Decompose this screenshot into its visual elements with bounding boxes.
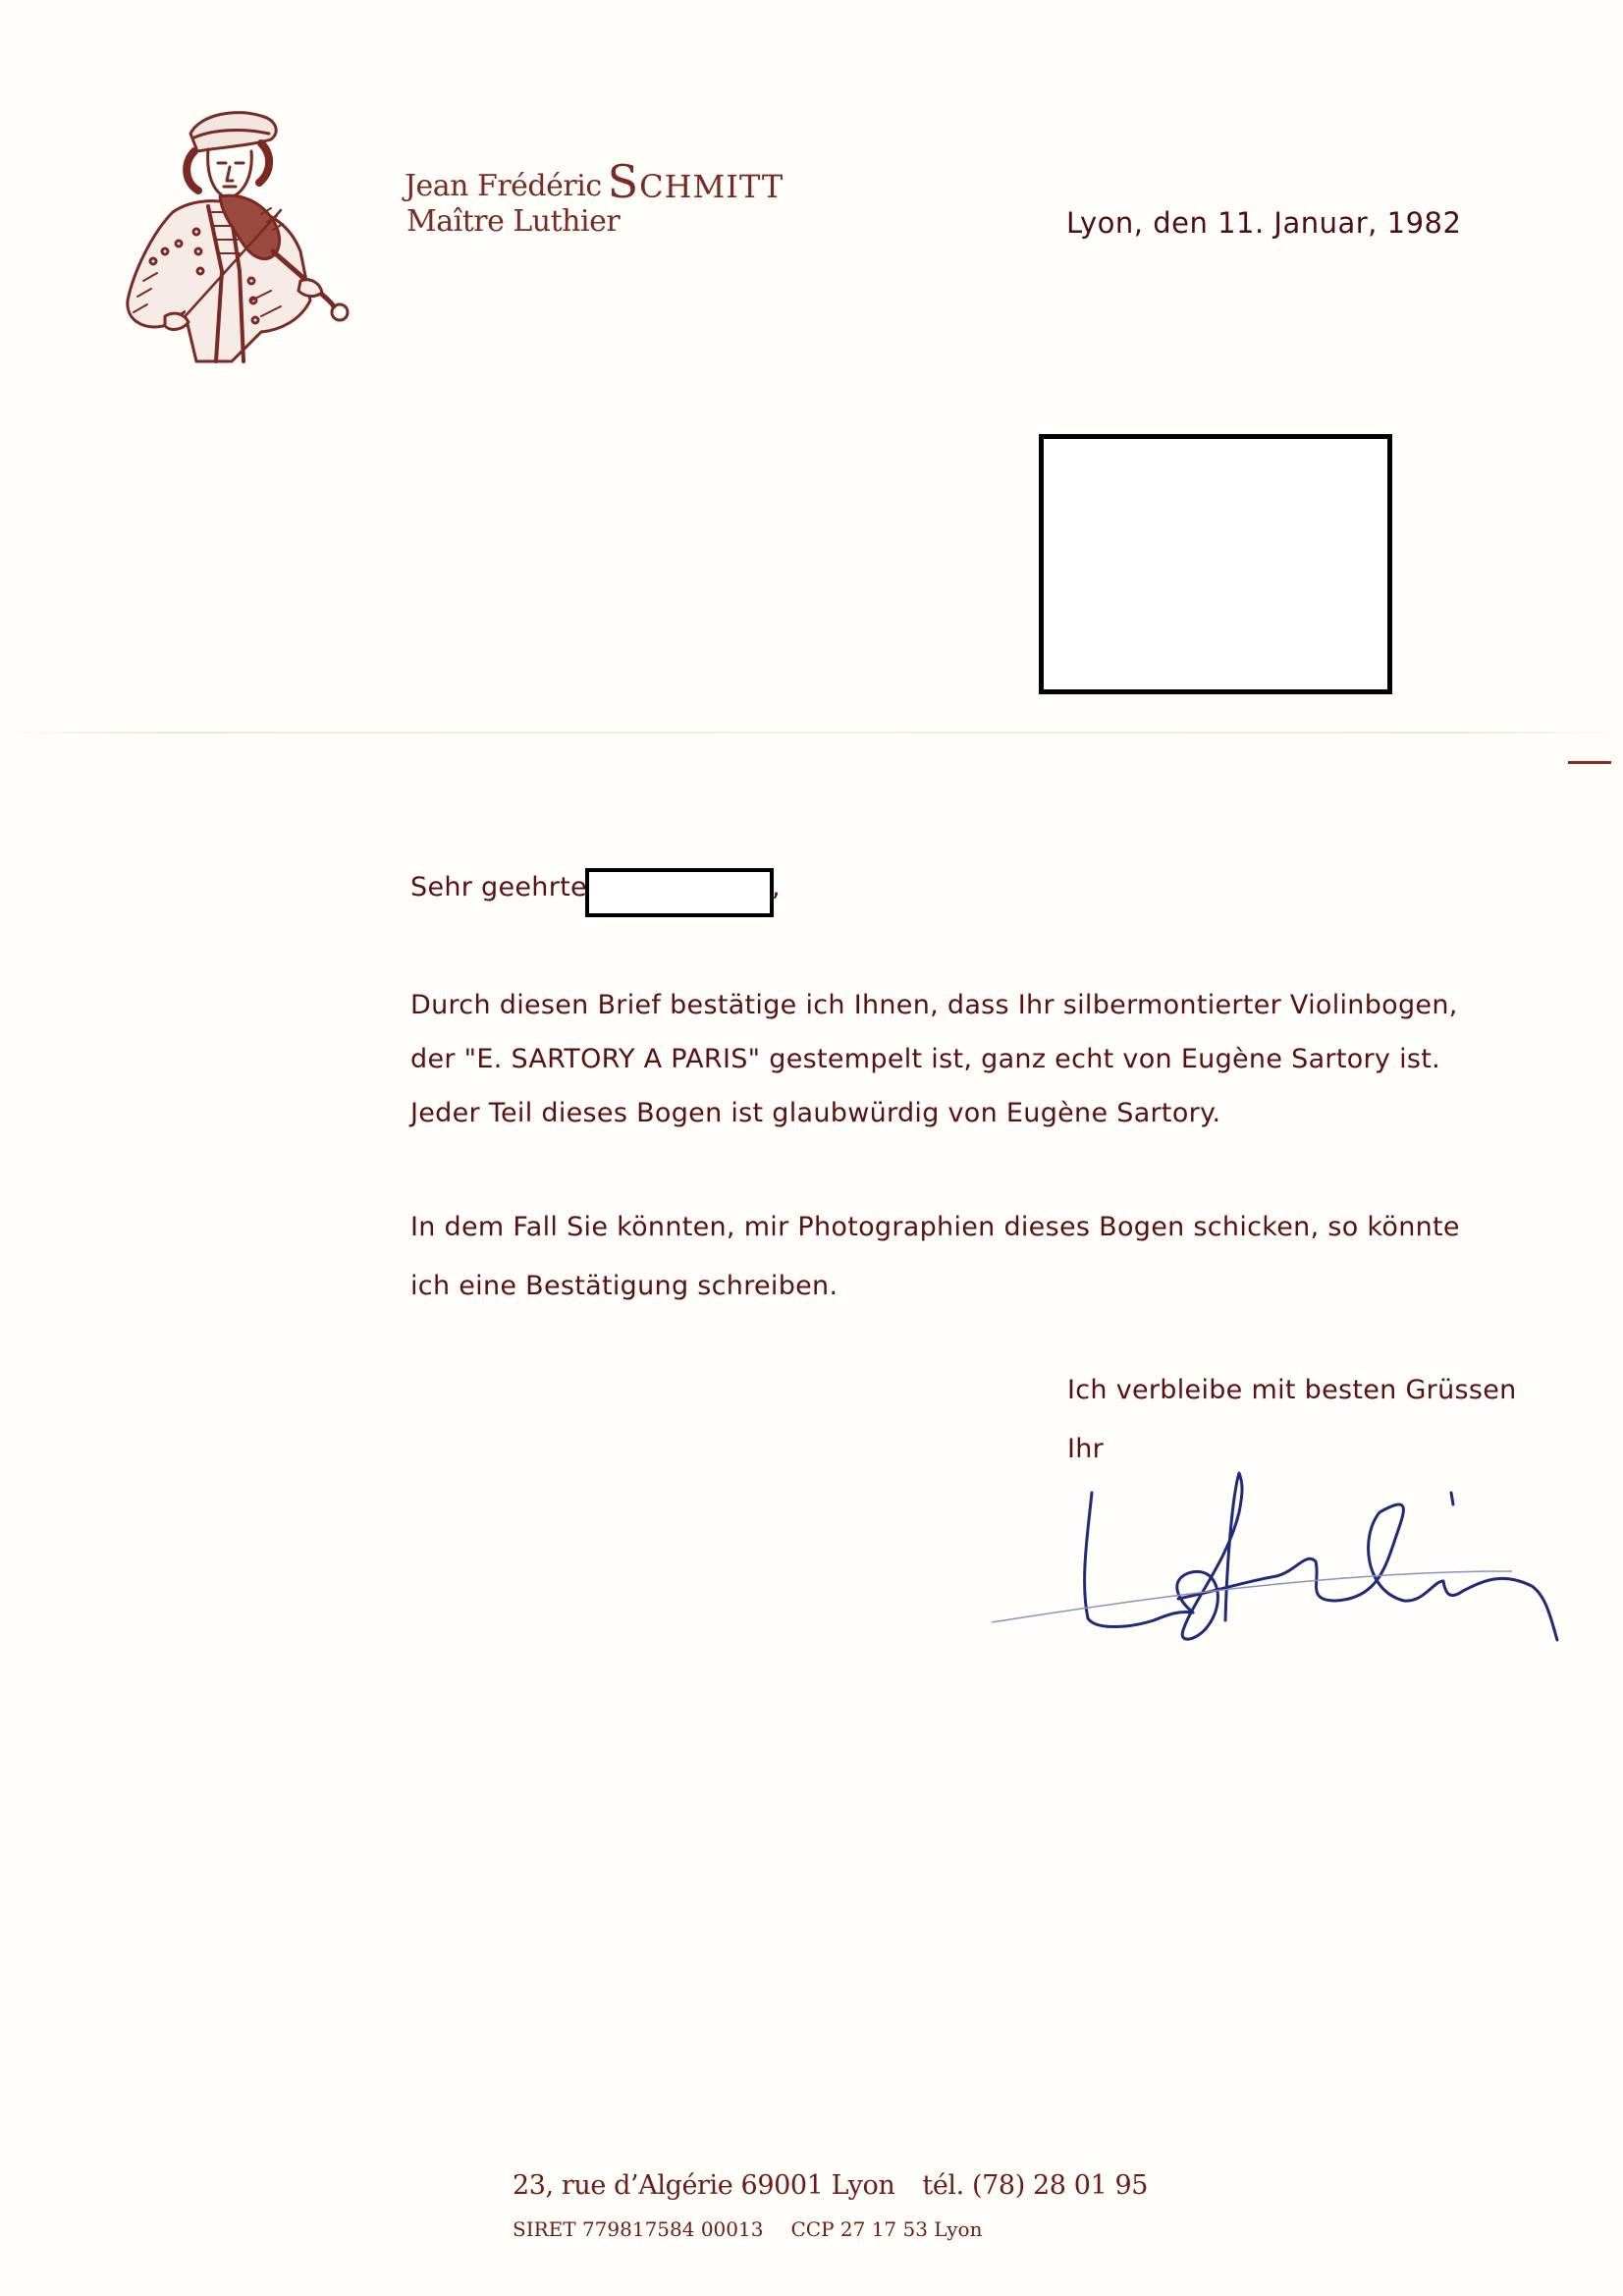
footer-address: 23, rue d’Algérie 69001 Lyon: [513, 2170, 894, 2201]
footer-phone: tél. (78) 28 01 95: [922, 2170, 1148, 2201]
salutation-prefix: Sehr geehrte: [410, 872, 587, 902]
salutation-comma: ,: [772, 872, 781, 902]
handwritten-signature-icon: [982, 1453, 1571, 1650]
body-paragraph-1-line-2: der "E. SARTORY A PARIS" gestempelt ist,…: [410, 1044, 1440, 1074]
violinist-woodcut-icon: [114, 104, 369, 363]
footer-address-line: 23, rue d’Algérie 69001 Lyontél. (78) 28…: [513, 2170, 1148, 2201]
footer-registration-line: SIRET 779817584 00013CCP 27 17 53 Lyon: [513, 2217, 982, 2241]
footer-ccp: CCP 27 17 53 Lyon: [790, 2217, 982, 2241]
footer-siret: SIRET 779817584 00013: [513, 2217, 763, 2241]
body-paragraph-2-line-1: In dem Fall Sie könnten, mir Photographi…: [410, 1212, 1460, 1242]
recipient-address-redaction-box: [1039, 434, 1392, 694]
body-paragraph-2-line-2: ich eine Bestätigung schreiben.: [410, 1271, 838, 1301]
paper-fold-line: [0, 732, 1623, 734]
recipient-name-redaction-box: [585, 868, 774, 917]
letterhead-first-names: Jean Frédéric: [405, 169, 602, 203]
letterhead-title: Maître Luthier: [406, 204, 620, 239]
fold-mark: [1568, 761, 1611, 764]
body-paragraph-1-line-1: Durch diesen Brief bestätige ich Ihnen, …: [410, 990, 1458, 1020]
letterhead-name: Jean FrédéricSchmitt: [405, 155, 784, 208]
date-line: Lyon, den 11. Januar, 1982: [1066, 206, 1461, 240]
letterhead-surname: Schmitt: [608, 155, 784, 208]
closing-line: Ich verbleibe mit besten Grüssen: [1067, 1375, 1517, 1405]
body-paragraph-1-line-3: Jeder Teil dieses Bogen ist glaubwürdig …: [410, 1098, 1220, 1128]
